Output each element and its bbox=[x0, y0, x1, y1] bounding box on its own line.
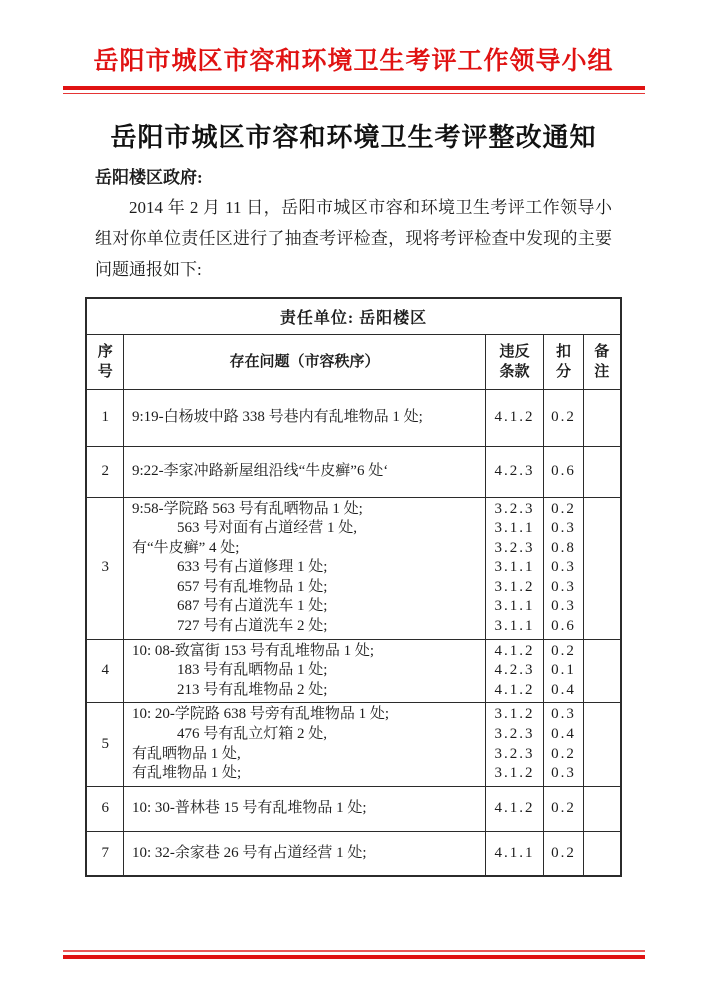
salutation: 岳阳楼区政府: bbox=[95, 166, 612, 190]
cell-clause: 4.1.2 bbox=[485, 786, 543, 831]
table-row: 39:58-学院路 563 号有乱晒物品 1 处; 563 号对面有占道经营 1… bbox=[86, 497, 620, 639]
cell-score: 0.2 bbox=[543, 786, 583, 831]
cell-score: 0.2 bbox=[543, 389, 583, 446]
table-body: 19:19-白杨坡中路 338 号巷内有乱堆物品 1 处;4.1.20.229:… bbox=[86, 389, 620, 876]
column-header-no: 序 号 bbox=[86, 334, 123, 389]
cell-problem: 9:58-学院路 563 号有乱晒物品 1 处; 563 号对面有占道经营 1 … bbox=[123, 497, 485, 639]
table-row: 610: 30-普林巷 15 号有乱堆物品 1 处;4.1.20.2 bbox=[86, 786, 620, 831]
cell-clause: 4.1.2 bbox=[485, 389, 543, 446]
column-header-score: 扣 分 bbox=[543, 334, 583, 389]
cell-problem: 10: 32-余家巷 26 号有占道经营 1 处; bbox=[123, 831, 485, 876]
cell-no: 3 bbox=[86, 497, 123, 639]
document-page: 岳阳市城区市容和环境卫生考评工作领导小组 岳阳市城区市容和环境卫生考评整改通知 … bbox=[0, 0, 707, 999]
cell-no: 4 bbox=[86, 639, 123, 703]
cell-clause: 4.1.2 4.2.3 4.1.2 bbox=[485, 639, 543, 703]
cell-no: 2 bbox=[86, 446, 123, 497]
cell-score: 0.6 bbox=[543, 446, 583, 497]
cell-remark bbox=[583, 446, 620, 497]
cell-clause: 3.2.3 3.1.1 3.2.3 3.1.1 3.1.2 3.1.1 3.1.… bbox=[485, 497, 543, 639]
table-row: 19:19-白杨坡中路 338 号巷内有乱堆物品 1 处;4.1.20.2 bbox=[86, 389, 620, 446]
column-header-problem: 存在问题（市容秩序） bbox=[123, 334, 485, 389]
cell-remark bbox=[583, 831, 620, 876]
cell-no: 6 bbox=[86, 786, 123, 831]
cell-remark bbox=[583, 703, 620, 786]
divider-thin-line bbox=[63, 93, 645, 95]
cell-problem: 10: 20-学院路 638 号旁有乱堆物品 1 处; 476 号有乱立灯箱 2… bbox=[123, 703, 485, 786]
cell-remark bbox=[583, 639, 620, 703]
cell-remark bbox=[583, 497, 620, 639]
document-title: 岳阳市城区市容和环境卫生考评整改通知 bbox=[0, 120, 707, 154]
table-row: 510: 20-学院路 638 号旁有乱堆物品 1 处; 476 号有乱立灯箱 … bbox=[86, 703, 620, 786]
table-header-row: 序 号 存在问题（市容秩序） 违反 条款 扣 分 备 注 bbox=[86, 334, 620, 389]
cell-score: 0.2 0.3 0.8 0.3 0.3 0.3 0.6 bbox=[543, 497, 583, 639]
inspection-table: 责任单位: 岳阳楼区 序 号 存在问题（市容秩序） 违反 条款 扣 分 备 注 … bbox=[85, 297, 621, 877]
table-row: 710: 32-余家巷 26 号有占道经营 1 处;4.1.10.2 bbox=[86, 831, 620, 876]
cell-score: 0.2 0.1 0.4 bbox=[543, 639, 583, 703]
cell-clause: 4.1.1 bbox=[485, 831, 543, 876]
cell-score: 0.2 bbox=[543, 831, 583, 876]
body-paragraph: 2014 年 2 月 11 日，岳阳市城区市容和环境卫生考评工作领导小组对你单位… bbox=[95, 192, 612, 285]
divider-thin-line bbox=[63, 950, 645, 952]
cell-clause: 3.1.2 3.2.3 3.2.3 3.1.2 bbox=[485, 703, 543, 786]
cell-remark bbox=[583, 786, 620, 831]
cell-problem: 10: 08-致富街 153 号有乱堆物品 1 处; 183 号有乱晒物品 1 … bbox=[123, 639, 485, 703]
table-row: 29:22-李家冲路新屋组沿线“牛皮癣”6 处‘4.2.30.6 bbox=[86, 446, 620, 497]
cell-remark bbox=[583, 389, 620, 446]
cell-problem: 10: 30-普林巷 15 号有乱堆物品 1 处; bbox=[123, 786, 485, 831]
divider-thick-line bbox=[63, 86, 645, 90]
letterhead-title: 岳阳市城区市容和环境卫生考评工作领导小组 bbox=[0, 0, 707, 78]
letterhead-divider bbox=[63, 86, 645, 94]
cell-score: 0.3 0.4 0.2 0.3 bbox=[543, 703, 583, 786]
cell-problem: 9:19-白杨坡中路 338 号巷内有乱堆物品 1 处; bbox=[123, 389, 485, 446]
column-header-clause: 违反 条款 bbox=[485, 334, 543, 389]
divider-thick-line bbox=[63, 955, 645, 959]
table-caption: 责任单位: 岳阳楼区 bbox=[86, 298, 620, 334]
cell-no: 5 bbox=[86, 703, 123, 786]
cell-no: 1 bbox=[86, 389, 123, 446]
cell-no: 7 bbox=[86, 831, 123, 876]
table-caption-row: 责任单位: 岳阳楼区 bbox=[86, 298, 620, 334]
cell-clause: 4.2.3 bbox=[485, 446, 543, 497]
footer-divider bbox=[63, 950, 645, 959]
table-row: 410: 08-致富街 153 号有乱堆物品 1 处; 183 号有乱晒物品 1… bbox=[86, 639, 620, 703]
cell-problem: 9:22-李家冲路新屋组沿线“牛皮癣”6 处‘ bbox=[123, 446, 485, 497]
column-header-remark: 备 注 bbox=[583, 334, 620, 389]
